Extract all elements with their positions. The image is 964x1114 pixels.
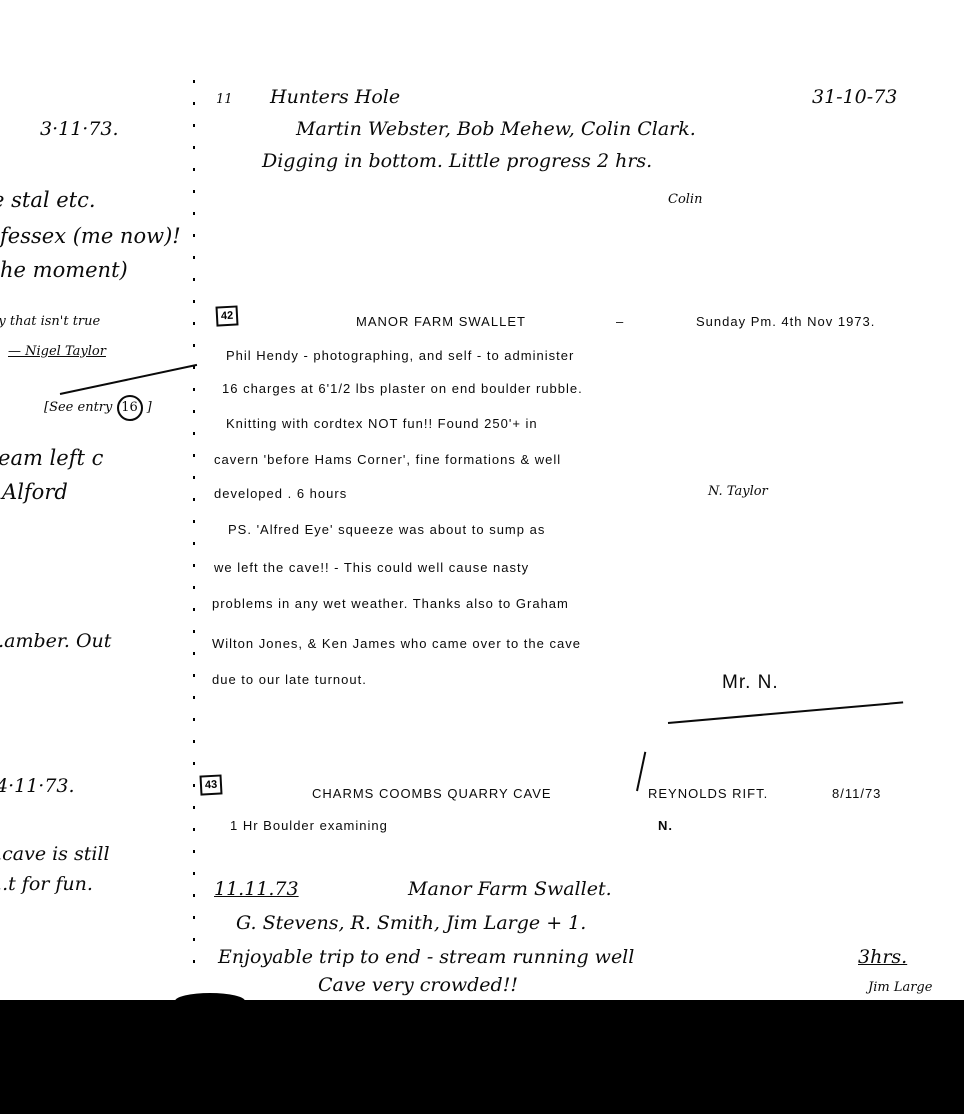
left-line: ...e stal etc. — [0, 188, 96, 212]
entry-signature: N. Taylor — [708, 484, 768, 499]
entry-line: Digging in bottom. Little progress 2 hrs… — [262, 150, 652, 172]
entry-line: PS. 'Alfred Eye' squeeze was about to su… — [228, 522, 545, 537]
entry-signature: Colin — [668, 192, 702, 207]
entry-line: 16 charges at 6'1/2 lbs plaster on end b… — [222, 381, 583, 396]
cross-ref-close: ] — [147, 400, 152, 415]
entry-dash: – — [616, 314, 624, 329]
entry-line: problems in any wet weather. Thanks also… — [212, 596, 569, 611]
logbook-page: 3·11·73. ...e stal etc. ...fessex (me no… — [0, 0, 964, 1000]
entry-title: CHARMS COOMBS QUARRY CAVE — [312, 786, 552, 801]
entry-title: Manor Farm Swallet. — [408, 878, 612, 900]
entry-line: Cave very crowded!! — [318, 974, 518, 996]
entry-line: due to our late turnout. — [212, 672, 367, 687]
left-line: ...Alford — [0, 480, 68, 504]
entry-date: 8/11/73 — [832, 786, 881, 801]
entry-title: Hunters Hole — [270, 86, 400, 108]
scan-border — [0, 1000, 964, 1114]
entry-line: developed . 6 hours — [214, 486, 347, 501]
cross-ref-number[interactable]: 16 — [117, 395, 143, 421]
left-line: ...fessex (me now)! — [0, 224, 181, 248]
page-gutter — [193, 80, 195, 980]
entry-line: Enjoyable trip to end - stream running w… — [218, 946, 634, 968]
cross-ref-label: [See entry — [44, 400, 112, 415]
entry-date: 11.11.73 — [214, 878, 299, 900]
entry-line: Martin Webster, Bob Mehew, Colin Clark. — [296, 118, 696, 140]
left-annotation-signature: — Nigel Taylor — [8, 344, 106, 359]
entry-line: Wilton Jones, & Ken James who came over … — [212, 636, 581, 651]
left-line: ...eam left c — [0, 446, 103, 470]
entry-title: MANOR FARM SWALLET — [356, 314, 526, 329]
entry-duration: 3hrs. — [858, 946, 907, 968]
entry-line: Knitting with cordtex NOT fun!! Found 25… — [226, 416, 538, 431]
entry-marker: 11 — [216, 92, 233, 107]
entry-number-badge: 42 — [215, 305, 238, 326]
entry-line: G. Stevens, R. Smith, Jim Large + 1. — [236, 912, 586, 934]
left-date-2: 4·11·73. — [0, 775, 75, 797]
signature-underline — [668, 701, 903, 724]
entry-line: 1 Hr Boulder examining — [230, 818, 388, 833]
left-annotation: ...y that isn't true — [0, 314, 100, 329]
entry-line: cavern 'before Hams Corner', fine format… — [214, 452, 561, 467]
entry-date: 31-10-73 — [812, 86, 897, 108]
entry-line: we left the cave!! - This could well cau… — [214, 560, 529, 575]
left-line: ...cave is still — [0, 843, 110, 865]
title-separator — [636, 752, 646, 792]
left-line: ...he moment) — [0, 258, 128, 282]
entry-line: Phil Hendy - photographing, and self - t… — [226, 348, 574, 363]
arrow-line — [60, 364, 197, 395]
left-cross-ref: [See entry 16 ] — [44, 395, 152, 421]
entry-date: Sunday Pm. 4th Nov 1973. — [696, 314, 875, 329]
left-line: ...amber. Out — [0, 630, 111, 652]
left-date-1: 3·11·73. — [40, 118, 119, 140]
left-line: ...t for fun. — [0, 873, 93, 895]
entry-signature: Mr. N. — [722, 672, 779, 694]
entry-signature: Jim Large — [868, 980, 932, 995]
entry-number-badge: 43 — [199, 774, 222, 795]
entry-signature: N. — [658, 818, 673, 833]
entry-title-alt: REYNOLDS RIFT. — [648, 786, 768, 801]
